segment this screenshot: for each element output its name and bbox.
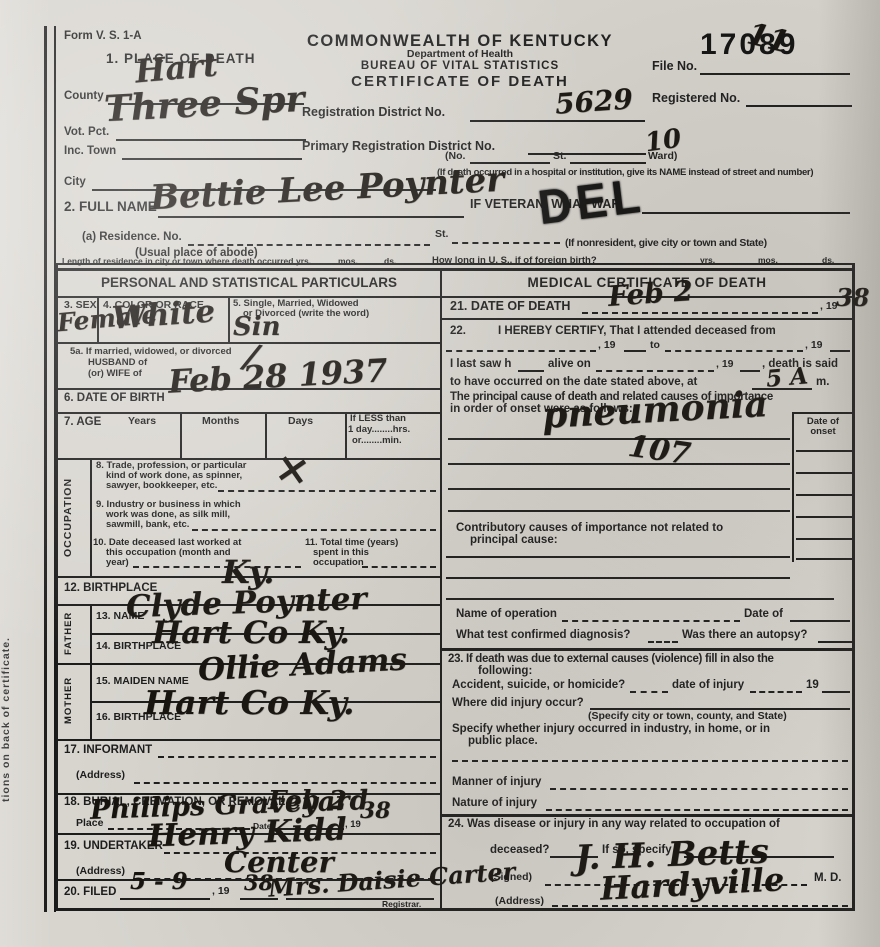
registered-number-label: Registered No. <box>652 92 740 106</box>
md-label: M. D. <box>814 872 841 885</box>
operation-label: Name of operation <box>456 608 557 621</box>
certify-statement: I HEREBY CERTIFY, That I attended deceas… <box>498 325 776 338</box>
length-yrs-label: yrs. <box>296 257 311 266</box>
industry-line2: public place. <box>468 735 538 748</box>
death-certificate-scan: tions on back of certificate. Form V. S.… <box>0 0 880 947</box>
howlong-label: How long in U. S., if of foreign birth? <box>432 256 597 266</box>
contributory-line2: principal cause: <box>470 534 558 547</box>
form-number: Form V. S. 1-A <box>64 30 142 43</box>
howlong-mos-label: mos. <box>758 256 778 265</box>
accident-blank <box>630 691 668 693</box>
burial-date-value: Feb 2 <box>268 788 347 814</box>
rule <box>442 318 852 320</box>
certify-year-prefix-2: , 19 <box>805 340 823 352</box>
rule <box>58 739 440 741</box>
inc-town-label: Inc. Town <box>64 145 116 158</box>
physician-address-value: Hardyville <box>599 863 785 905</box>
main-box-top-inner-rule <box>56 268 855 271</box>
age-label: 7. AGE <box>64 416 101 429</box>
alive-on-label: alive on <box>548 358 591 371</box>
veteran-blank <box>642 212 850 214</box>
date-of-death-year-value: 38 <box>836 286 869 310</box>
industry-line1: Specify whether injury occurred in indus… <box>452 723 770 736</box>
alive-year-prefix: , 19 <box>716 359 734 371</box>
occ9-line3: sawmill, bank, etc. <box>106 520 189 530</box>
informant-address-label: (Address) <box>76 770 125 782</box>
onset-line <box>796 558 853 560</box>
precinct-value: Three Spr <box>103 81 305 127</box>
registration-district-value: 5629 <box>554 85 634 118</box>
certify-year-blank-1 <box>624 350 646 352</box>
registrar-label: Registrar. <box>382 900 421 909</box>
occurred-label: to have occurred on the date stated abov… <box>450 376 697 389</box>
cell-rule <box>180 412 182 458</box>
birthplace-value: Ky. <box>222 556 274 588</box>
onset-line <box>796 516 853 518</box>
injury-year-prefix: 19 <box>806 679 819 692</box>
specify-city-hint: (Specify city or town, county, and State… <box>588 711 787 723</box>
test-blank <box>648 641 678 643</box>
age-months-label: Months <box>202 416 239 428</box>
onset-line <box>796 472 853 474</box>
inc-town-blank <box>122 158 302 160</box>
date-of-injury-label: date of injury <box>672 679 744 692</box>
residence-label: (a) Residence. No. <box>82 231 182 244</box>
filed-year-prefix: , 19 <box>212 886 230 898</box>
residence-length-label: Length of residence in city or town wher… <box>62 257 293 266</box>
item22-number: 22. <box>450 325 466 338</box>
father-group-label: FATHER <box>63 607 85 659</box>
last-saw-label: I last saw h <box>450 358 511 371</box>
length-mos-label: mos. <box>338 257 358 266</box>
burial-year-prefix: , 19 <box>345 820 361 830</box>
occ9-blank <box>192 529 436 531</box>
county-label: County <box>64 90 104 103</box>
cause-line <box>448 463 790 465</box>
primary-district-blank <box>528 153 646 155</box>
file-number-label: File No. <box>652 60 697 74</box>
main-box-left-rule <box>56 263 58 911</box>
operation-date-blank <box>790 620 850 622</box>
precinct-label: Vot. Pct. <box>64 126 109 139</box>
contributory-blank <box>446 598 834 600</box>
certify-from-blank <box>446 350 596 352</box>
physician-address-label: (Address) <box>495 896 544 908</box>
nonresident-hint: (If nonresident, give city or town and S… <box>565 238 767 250</box>
file-number-blank <box>700 73 850 75</box>
onset-line <box>796 450 853 452</box>
precinct-blank <box>116 139 306 141</box>
where-injury-label: Where did injury occur? <box>452 697 584 710</box>
operation-date-label: Date of <box>744 608 783 621</box>
occ11-line3: occupation <box>313 558 364 568</box>
informant-label: 17. INFORMANT <box>64 744 152 757</box>
occ10-line3: year) <box>106 558 129 568</box>
full-name-label: 2. FULL NAME <box>64 200 157 215</box>
deceased-label: deceased? <box>490 844 549 857</box>
certify-to-label: to <box>650 340 660 352</box>
main-box-bottom-rule <box>56 908 855 911</box>
age-less-line2: 1 day........hrs. <box>348 425 410 435</box>
cause-line <box>448 488 790 490</box>
residence-st-blank <box>452 242 560 244</box>
cause-line <box>448 438 790 440</box>
primary-district-value: 10 <box>643 126 682 157</box>
informant-blank <box>158 756 436 758</box>
accident-label: Accident, suicide, or homicide? <box>452 679 625 692</box>
marital-value: Sin <box>233 314 281 340</box>
column-divider-rule <box>440 268 442 908</box>
injury-year-blank <box>822 691 850 693</box>
onset-label-line2: onset <box>794 427 852 437</box>
last-saw-blank-1 <box>518 370 544 372</box>
item5a-line1: 5a. If married, widowed, or divorced <box>70 347 232 357</box>
file-number-stamp: 17089 <box>700 28 798 62</box>
physician-address-blank <box>552 905 848 907</box>
autopsy-blank <box>818 641 852 643</box>
primary-district-label: Primary Registration District No. <box>302 140 495 154</box>
nature-of-injury-blank <box>546 809 848 811</box>
full-name-blank <box>158 216 464 218</box>
onset-box-top-rule <box>792 412 853 414</box>
certify-to-blank <box>665 350 803 352</box>
alive-on-blank <box>596 370 714 372</box>
city-no-label: (No. <box>445 151 465 163</box>
city-st-blank <box>570 162 646 164</box>
mother-group-label: MOTHER <box>63 668 85 732</box>
full-name-value: Bettie Lee Poynter <box>149 163 505 215</box>
item23-line1: 23. If death was due to external causes … <box>448 653 774 666</box>
manner-of-injury-label: Manner of injury <box>452 776 541 789</box>
autopsy-label: Was there an autopsy? <box>682 629 807 642</box>
date-of-birth-value: Feb 28 1937 <box>167 354 388 397</box>
manner-of-injury-blank <box>550 788 848 790</box>
date-of-death-value: Feb 2 <box>607 277 694 311</box>
del-stamp: DEL <box>535 166 648 235</box>
occ8-value: × <box>272 445 314 492</box>
filed-date-blank <box>120 898 210 900</box>
nature-of-injury-label: Nature of injury <box>452 797 537 810</box>
certify-year-blank-2 <box>830 350 850 352</box>
mother-birthplace-value: Hart Co Ky. <box>144 686 355 719</box>
test-label: What test confirmed diagnosis? <box>456 629 630 642</box>
operation-blank <box>562 620 740 622</box>
item5a-line3: (or) WIFE of <box>88 369 142 379</box>
informant-address-blank <box>134 782 436 784</box>
meridiem-label: m. <box>816 376 829 389</box>
city-label: City <box>64 176 86 189</box>
registration-district-label: Registration District No. <box>302 106 445 120</box>
occupation-group-label: OCCUPATION <box>62 462 86 572</box>
cell-rule <box>345 412 347 458</box>
residence-no-blank <box>188 244 430 246</box>
occ8-blank <box>218 490 436 492</box>
father-birthplace-value: Hart Co Ky. <box>152 618 350 649</box>
color-race-value: White <box>111 296 216 334</box>
department-subtitle: Department of Health <box>295 49 625 61</box>
date-of-injury-blank <box>750 691 802 693</box>
side-note: tions on back of certificate. <box>0 555 20 885</box>
cause-of-death-value: pneumonia <box>541 386 768 434</box>
injury-extra-blank <box>452 760 848 762</box>
date-of-death-label: 21. DATE OF DEATH <box>450 300 570 314</box>
cell-rule <box>228 296 230 342</box>
filed-date-value: 5 - 9 <box>130 870 188 893</box>
main-box-right-rule <box>852 263 855 911</box>
filed-label: 20. FILED <box>64 886 116 899</box>
cell-rule <box>265 412 267 458</box>
age-years-label: Years <box>128 416 156 428</box>
onset-line <box>796 538 853 540</box>
hour-value: 5 A <box>765 364 809 391</box>
date-of-birth-label: 6. DATE OF BIRTH <box>64 392 165 405</box>
item23-line2: following: <box>478 665 532 678</box>
contributory-line1: Contributory causes of importance not re… <box>456 522 723 535</box>
undertaker-address-label: (Address) <box>76 866 125 878</box>
contributory-blank <box>446 556 790 558</box>
certify-year-prefix-1: , 19 <box>598 340 616 352</box>
city-st-label: St. <box>553 151 566 163</box>
length-ds-label: ds. <box>384 257 396 266</box>
howlong-yrs-label: yrs. <box>700 256 715 265</box>
occ8-line3: sawyer, bookkeeper, etc. <box>106 481 217 491</box>
onset-line <box>796 494 853 496</box>
rule <box>442 648 852 651</box>
form-left-double-border <box>44 26 56 912</box>
howlong-ds-label: ds. <box>822 256 834 265</box>
age-less-line3: or........min. <box>352 436 402 446</box>
age-days-label: Days <box>288 416 313 428</box>
contributory-blank <box>446 577 790 579</box>
county-value: Hart <box>134 48 219 87</box>
residence-st-label: St. <box>435 229 448 241</box>
occ10-blank <box>133 566 301 568</box>
cause-line <box>448 510 790 512</box>
alive-year-blank <box>740 370 760 372</box>
bureau-subtitle: BUREAU OF VITAL STATISTICS <box>295 60 625 73</box>
item5a-line2: HUSBAND of <box>88 358 147 368</box>
registered-number-blank <box>746 105 852 107</box>
occ11-blank <box>362 566 436 568</box>
age-less-line1: If LESS than <box>350 414 406 424</box>
dod-year-prefix: , 19 <box>820 301 838 313</box>
cause-code-value: 107 <box>626 432 692 470</box>
personal-section-title: PERSONAL AND STATISTICAL PARTICULARS <box>58 276 440 291</box>
cell-rule <box>90 458 92 576</box>
item24-line1: 24. Was disease or injury in any way rel… <box>448 818 780 831</box>
mother-maiden-name-value: Ollie Adams <box>197 645 407 687</box>
rule <box>442 814 852 817</box>
